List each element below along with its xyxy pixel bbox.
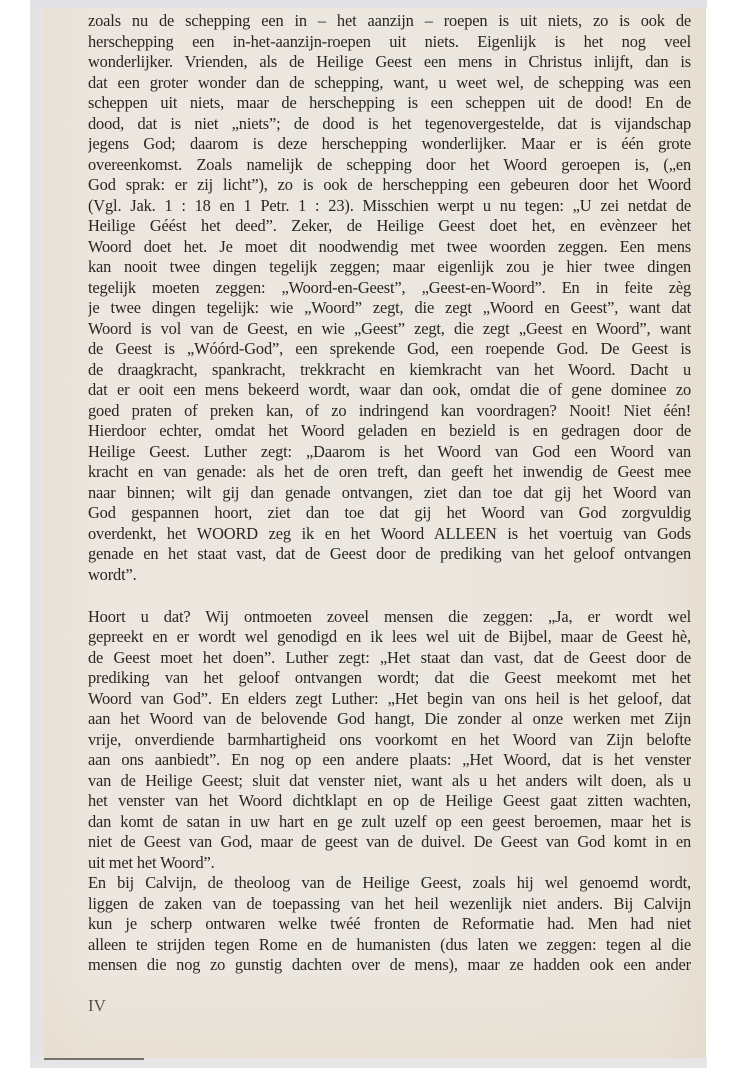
text-line: de draagkracht, spankracht, trekkracht e… [88,360,691,381]
text-line: van de Heilige Geest; sluit dat venster … [88,771,691,792]
text-line: Hierdoor echter, omdat het Woord geladen… [88,421,691,442]
text-line: overeenkomst. Zoals namelijk de scheppin… [88,155,691,176]
scan-edge-left [30,0,45,1068]
text-line: kun je scherp ontwaren welke twéé fronte… [88,914,691,935]
scan-edge-top [30,0,707,8]
text-line: herschepping een in-het-aanzijn-roepen u… [88,32,691,53]
text-line: zoals nu de schepping een in – het aanzi… [88,11,691,32]
text-line: Heilige Geest. Luther zegt: „Daarom is h… [88,442,691,463]
text-line: je twee dingen tegelijk: wie „Woord” zeg… [88,298,691,319]
text-line: (Vgl. Jak. 1 : 18 en 1 Petr. 1 : 23). Mi… [88,196,691,217]
text-line: wonderlijker. Vrienden, als de Heilige G… [88,52,691,73]
text-line: Woord van God”. En elders zegt Luther: „… [88,689,691,710]
text-line: Hoort u dat? Wij ontmoeten zoveel mensen… [88,607,691,628]
text-line: genade en het staat vast, dat de Geest d… [88,544,691,565]
text-line: Woord is vol van de Geest, en wie „Geest… [88,319,691,340]
text-line: En bij Calvijn, de theoloog van de Heili… [88,873,691,894]
text-line: wordt”. [88,565,691,586]
text-line: Heilige Géést het deed”. Zeker, de Heili… [88,216,691,237]
text-line: goed praten of preken kan, of zo indring… [88,401,691,422]
scan-bottom-shadow [44,1058,144,1060]
text-line: aan ons aanbiedt”. En nog op een andere … [88,750,691,771]
text-line: kan nooit twee dingen tegelijk zeggen; m… [88,257,691,278]
text-line: het venster van het Woord dichtklapt en … [88,791,691,812]
paragraph-1: zoals nu de schepping een in – het aanzi… [88,11,691,585]
text-line: de Geest moet het doen”. Luther zegt: „H… [88,648,691,669]
paragraph-2: Hoort u dat? Wij ontmoeten zoveel mensen… [88,607,691,874]
text-line: kracht en van genade: als het de oren tr… [88,462,691,483]
text-line: liggen de zaken van de toepassing van he… [88,894,691,915]
text-line: mensen die nog zo gunstig dachten over d… [88,955,691,976]
text-line: dat een groter wonder dan de schepping, … [88,73,691,94]
text-line: uit met het Woord”. [88,853,691,874]
text-line: vrije, onverdiende barmhartigheid ons vo… [88,730,691,751]
text-line: aan het Woord van de belovende God hangt… [88,709,691,730]
paragraph-gap [88,585,691,607]
text-line: prediking van het geloof ontvangen wordt… [88,668,691,689]
text-line: niet de Geest van God, maar de geest van… [88,832,691,853]
text-line: scheppen uit niets, maar de herschepping… [88,93,691,114]
text-line: God gespannen hoort, ziet dan toe dat gi… [88,503,691,524]
text-line: tegelijk moeten zeggen: „Woord-en-Geest”… [88,278,691,299]
text-line: jegens God; daarom is deze herschepping … [88,134,691,155]
text-line: overdenkt, het WOORD zeg ik en het Woord… [88,524,691,545]
text-line: dat er ooit een mens bekeerd wordt, waar… [88,380,691,401]
text-line: Woord doet het. Je moet dit noodwendig m… [88,237,691,258]
text-line: alleen te strijden tegen Rome en de huma… [88,935,691,956]
text-line: gepreekt en er wordt wel genodigd en ik … [88,627,691,648]
body-text: zoals nu de schepping een in – het aanzi… [88,11,691,976]
text-line: naar binnen; wilt gij dan genade ontvang… [88,483,691,504]
text-line: dan komt de satan in uw hart en ge zult … [88,812,691,833]
book-page: zoals nu de schepping een in – het aanzi… [44,8,706,1058]
text-line: dood, dat is niet „niets”; de dood is he… [88,114,691,135]
text-line: de Geest is „Wóórd-God”, een sprekende G… [88,339,691,360]
page-number: IV [88,996,106,1016]
paragraph-3: En bij Calvijn, de theoloog van de Heili… [88,873,691,976]
text-line: God sprak: er zij licht”), zo is ook de … [88,175,691,196]
